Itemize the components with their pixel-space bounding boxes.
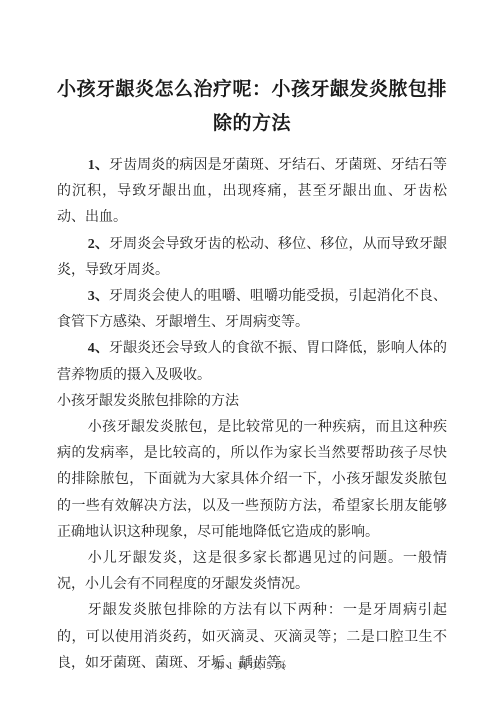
paragraph-numbered-4: 4、牙龈炎还会导致人的食欲不振、胃口降低，影响人体的营养物质的摄入及吸收。 — [57, 336, 447, 388]
paragraph-body-1: 小孩牙龈发炎脓包，是比较常见的一种疾病，而且这种疾病的发病率，是比较高的，所以作… — [57, 415, 447, 546]
paragraph-text: 牙龈炎还会导致人的食欲不振、胃口降低，影响人体的营养物质的摄入及吸收。 — [57, 341, 447, 382]
document-title: 小孩牙龈炎怎么治疗呢：小孩牙龈发炎脓包排除的方法 — [57, 73, 447, 141]
section-subheading: 小孩牙龈发炎脓包排除的方法 — [57, 389, 447, 415]
document-body: 1、牙齿周炎的病因是牙菌斑、牙结石、牙菌斑、牙结石等的沉积，导致牙龈出血，出现疼… — [57, 153, 447, 677]
paragraph-text: 牙齿周炎的病因是牙菌斑、牙结石、牙菌斑、牙结石等的沉积，导致牙龈出血，出现疼痛，… — [57, 158, 447, 225]
paragraph-numbered-1: 1、牙齿周炎的病因是牙菌斑、牙结石、牙菌斑、牙结石等的沉积，导致牙龈出血，出现疼… — [57, 153, 447, 232]
page-number-footer: 第 1 页 共 5 页 — [0, 660, 500, 673]
paragraph-number: 3、 — [88, 289, 109, 304]
paragraph-body-2: 小儿牙龈发炎，这是很多家长都遇见过的问题。一般情况，小儿会有不同程度的牙龈发炎情… — [57, 546, 447, 598]
paragraph-text: 牙周炎会导致牙齿的松动、移位、移位，从而导致牙龈炎，导致牙周炎。 — [57, 237, 447, 278]
paragraph-number: 2、 — [88, 237, 109, 252]
paragraph-number: 1、 — [88, 158, 109, 173]
paragraph-number: 4、 — [88, 341, 109, 356]
document-page: 小孩牙龈炎怎么治疗呢：小孩牙龈发炎脓包排除的方法 1、牙齿周炎的病因是牙菌斑、牙… — [0, 0, 500, 707]
paragraph-numbered-2: 2、牙周炎会导致牙齿的松动、移位、移位，从而导致牙龈炎，导致牙周炎。 — [57, 232, 447, 284]
paragraph-numbered-3: 3、牙周炎会使人的咀嚼、咀嚼功能受损，引起消化不良、食管下方感染、牙龈增生、牙周… — [57, 284, 447, 336]
paragraph-text: 牙周炎会使人的咀嚼、咀嚼功能受损，引起消化不良、食管下方感染、牙龈增生、牙周病变… — [57, 289, 447, 330]
